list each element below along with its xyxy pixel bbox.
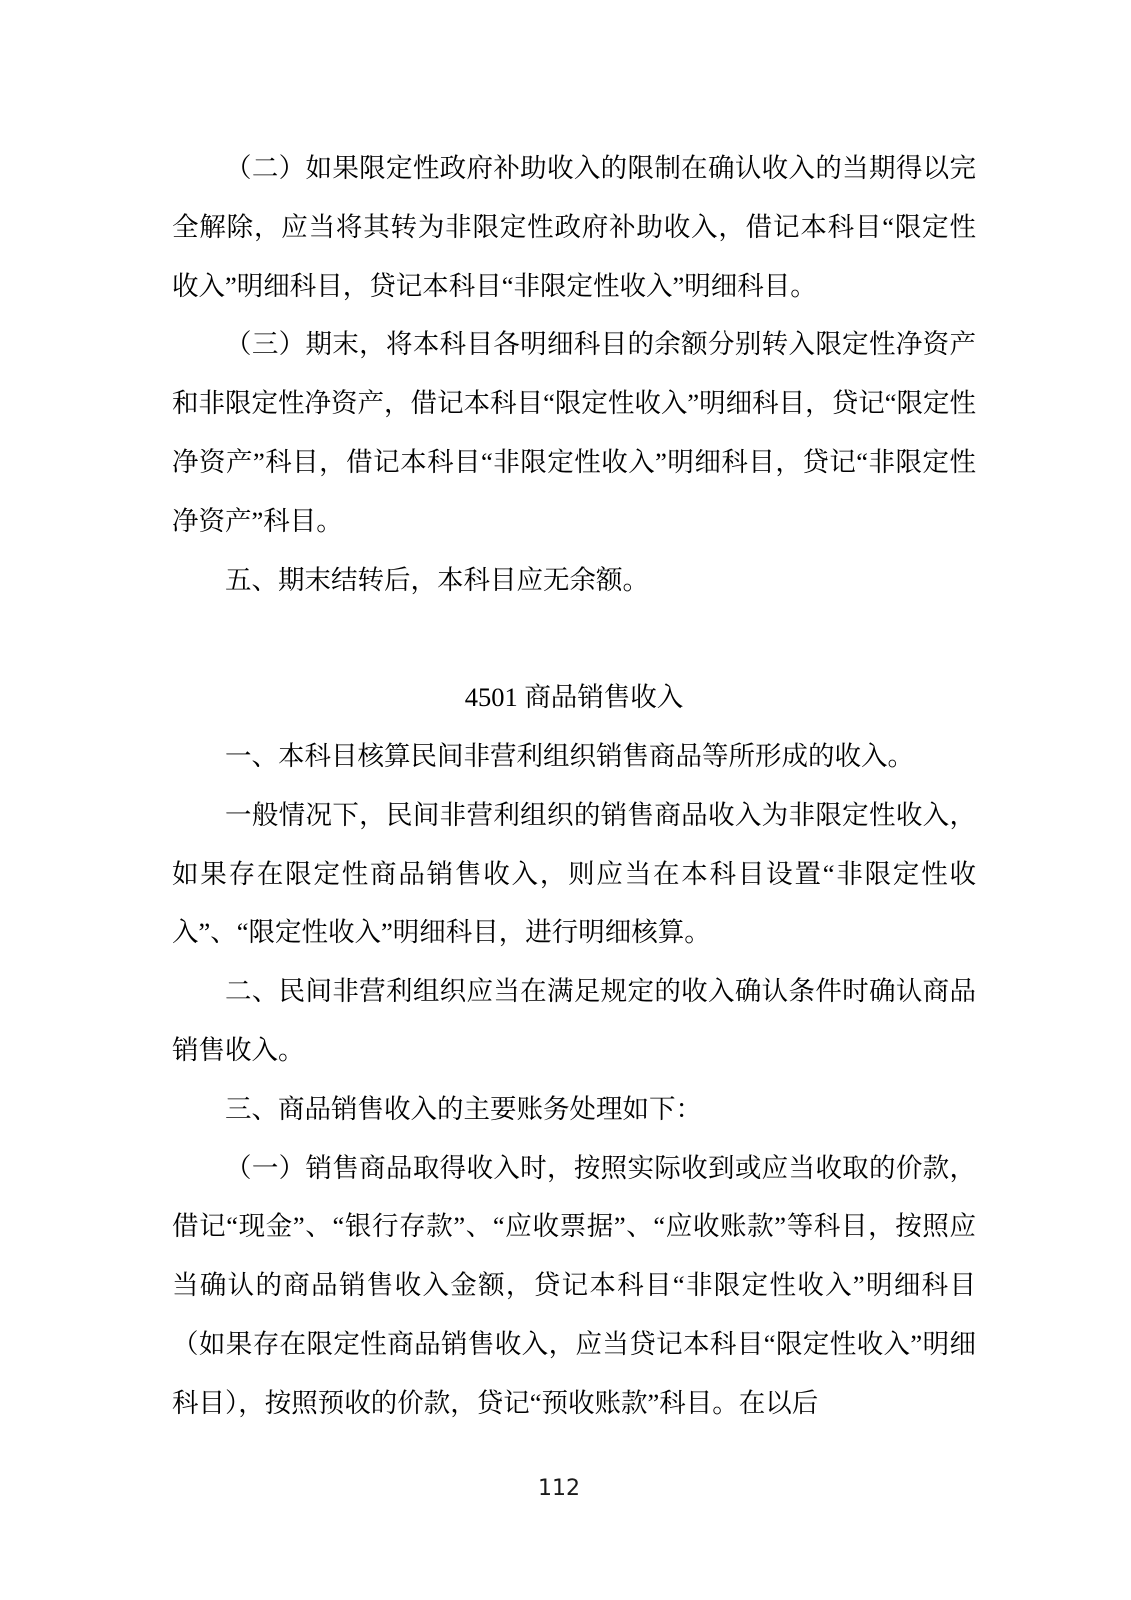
paragraph: （二）如果限定性政府补助收入的限制在确认收入的当期得以完全解除，应当将其转为非限… [172,139,976,315]
document-body: （二）如果限定性政府补助收入的限制在确认收入的当期得以完全解除，应当将其转为非限… [172,139,976,1433]
paragraph: 一、本科目核算民间非营利组织销售商品等所形成的收入。 [172,727,976,786]
paragraph: 一般情况下，民间非营利组织的销售商品收入为非限定性收入，如果存在限定性商品销售收… [172,786,976,962]
paragraph: 三、商品销售收入的主要账务处理如下： [172,1080,976,1139]
paragraph: 二、民间非营利组织应当在满足规定的收入确认条件时确认商品销售收入。 [172,962,976,1080]
paragraph: （一）销售商品取得收入时，按照实际收到或应当收取的价款，借记“现金”、“银行存款… [172,1139,976,1433]
document-page: （二）如果限定性政府补助收入的限制在确认收入的当期得以完全解除，应当将其转为非限… [0,0,1131,1600]
blank-line [172,609,976,668]
section-heading: 4501 商品销售收入 [172,668,976,727]
paragraph: （三）期末，将本科目各明细科目的余额分别转入限定性净资产和非限定性净资产，借记本… [172,315,976,550]
paragraph: 五、期末结转后，本科目应无余额。 [172,551,976,610]
page-number: 112 [0,1474,1118,1504]
